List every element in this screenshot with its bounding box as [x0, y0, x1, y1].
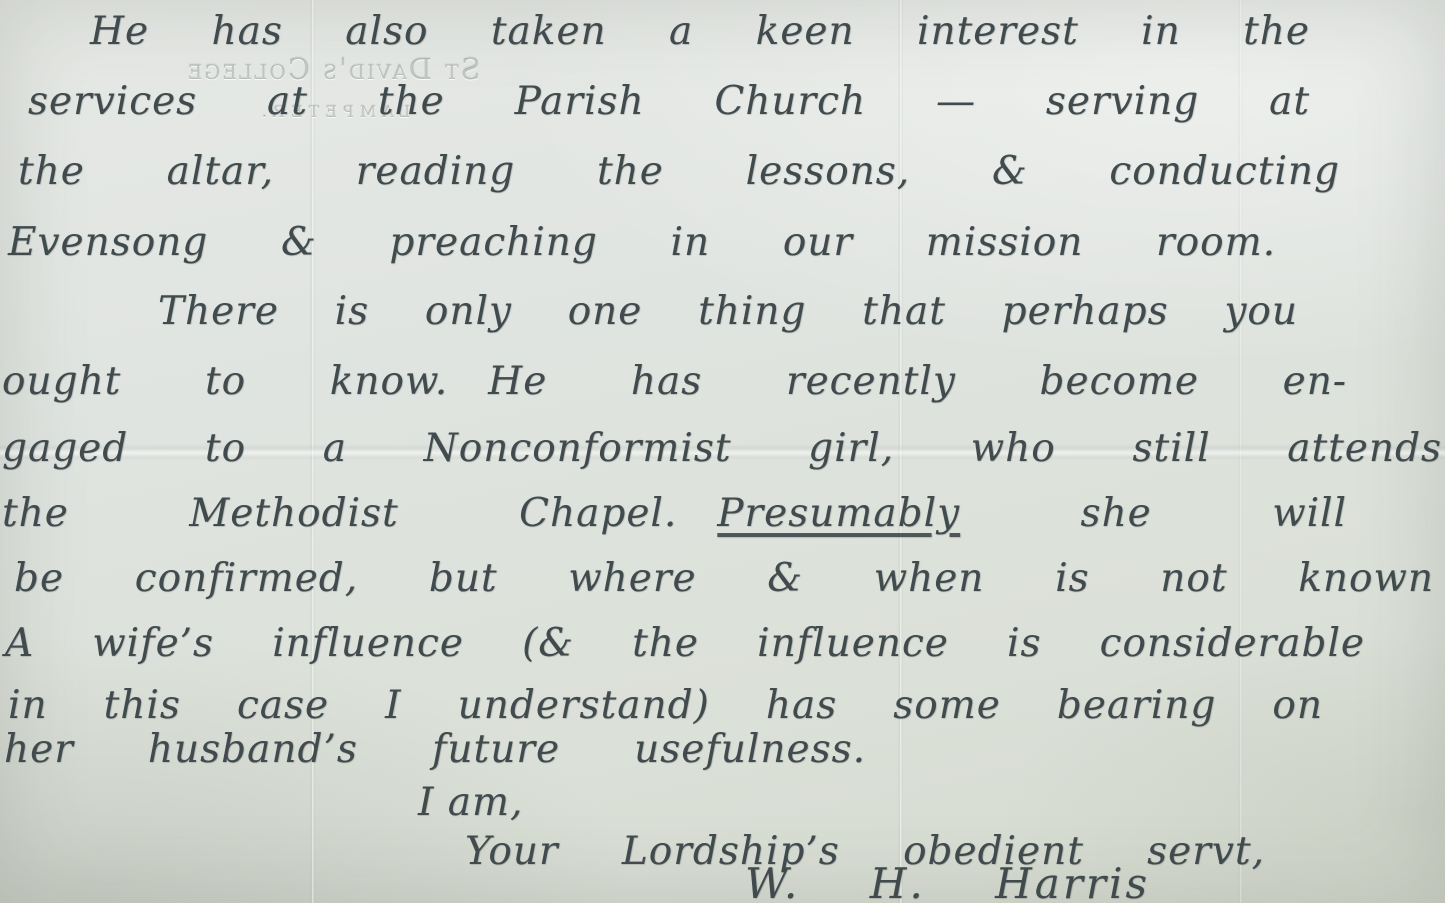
handwriting-line-7: gaged to a Nonconformist girl, who still… — [2, 427, 1442, 472]
handwriting-line-1: He has also taken a keen interest in the — [90, 10, 1310, 55]
handwriting-line-3: the altar, reading the lessons, & conduc… — [18, 150, 1340, 195]
line-8-post: she will — [960, 491, 1347, 536]
handwriting-line-8: the Methodist Chapel. Presumably she wil… — [2, 492, 1347, 537]
underlined-word-presumably: Presumably — [717, 491, 960, 536]
handwriting-line-5: There is only one thing that perhaps you — [158, 290, 1298, 335]
closing-i-am: I am, — [418, 781, 523, 826]
handwriting-line-11: in this case I understand) has some bear… — [8, 684, 1323, 729]
handwriting-line-2: services at the Parish Church — serving … — [28, 80, 1310, 125]
letter-page: St David's College LAMPETER. He has also… — [0, 0, 1445, 903]
line-8-pre: the Methodist Chapel. — [2, 491, 717, 536]
handwriting-line-10: A wife’s influence (& the influence is c… — [5, 622, 1365, 667]
handwriting-line-9: be confirmed, but where & when is not kn… — [14, 557, 1434, 602]
handwriting-line-12: her husband’s future usefulness. — [4, 728, 866, 773]
handwriting-line-4: Evensong & preaching in our mission room… — [8, 221, 1276, 266]
signature: W. H. Harris — [745, 860, 1150, 903]
handwriting-line-6: ought to know. He has recently become en… — [2, 360, 1347, 405]
